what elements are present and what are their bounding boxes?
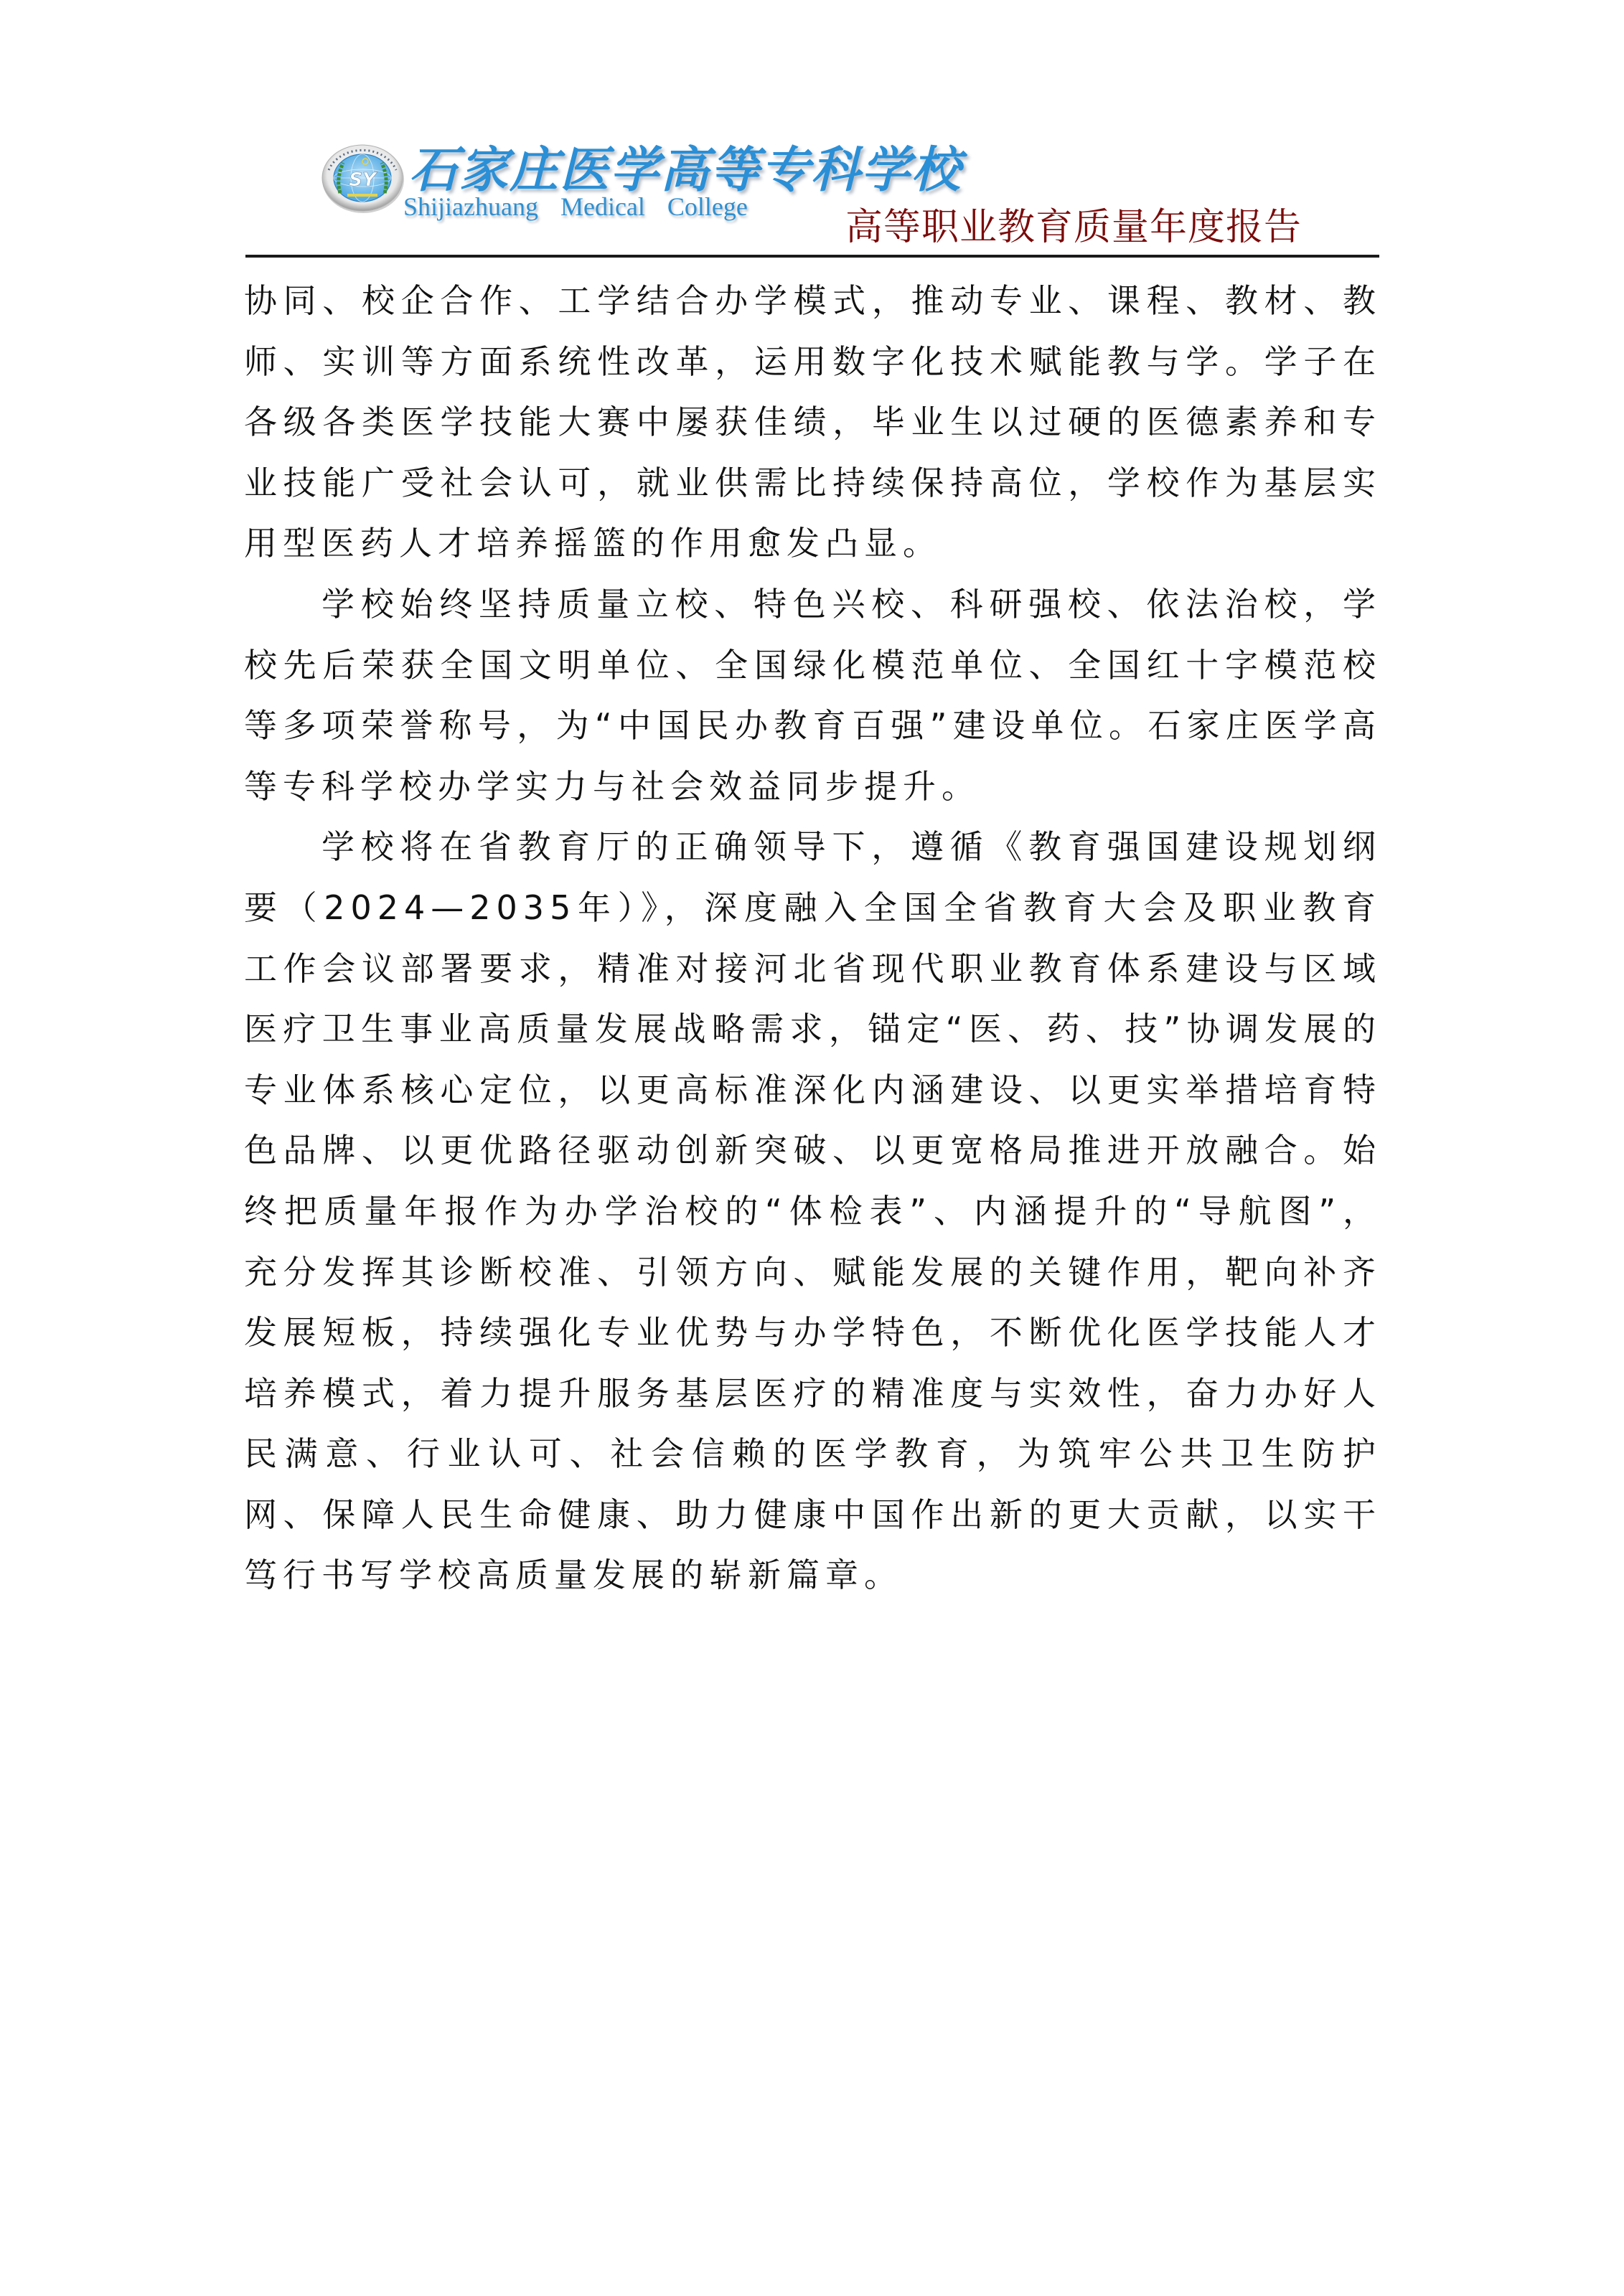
document-page: SY 石家庄医学高等专科学校 Shijiazhuang Medical Coll… [0,0,1624,2296]
header-divider [245,255,1379,258]
school-seal-icon: SY [320,143,405,215]
school-name-english: Shijiazhuang Medical College [403,192,748,222]
svg-text:SY: SY [349,169,378,191]
school-logo: SY 石家庄医学高等专科学校 Shijiazhuang Medical Coll… [316,126,804,233]
paragraph-honors: 学校始终坚持质量立校、特色兴校、科研强校、依法治校，学校先后荣获全国文明单位、全… [244,574,1381,817]
paragraph-outlook: 学校将在省教育厅的正确领导下，遵循《教育强国建设规划纲要（2024—2035年）… [244,817,1381,1606]
body-text: 协同、校企合作、工学结合办学模式，推动专业、课程、教材、教师、实训等方面系统性改… [244,270,1381,1606]
report-title: 高等职业教育质量年度报告 [845,206,1302,249]
school-name-chinese: 石家庄医学高等专科学校 [409,131,962,201]
paragraph-continued: 协同、校企合作、工学结合办学模式，推动专业、课程、教材、教师、实训等方面系统性改… [244,270,1381,574]
